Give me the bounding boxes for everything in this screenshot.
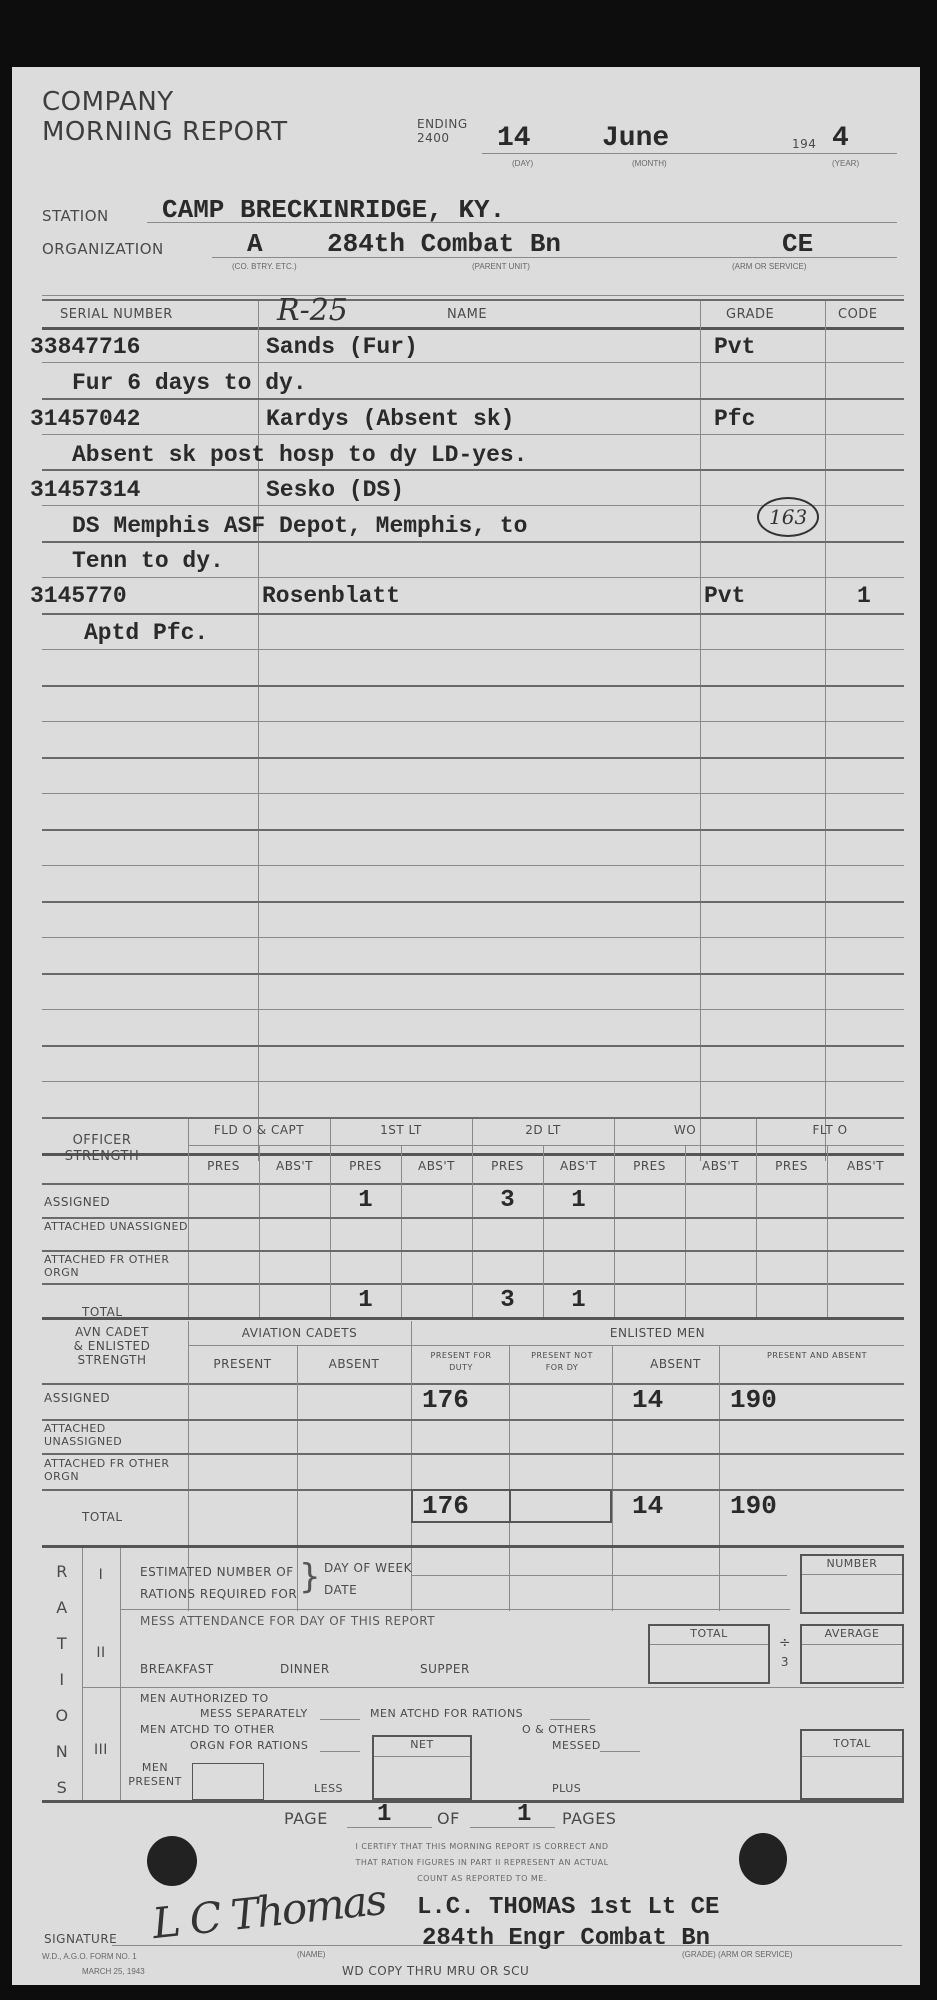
signature: L C Thomas: [150, 1875, 387, 1948]
rations-side-label: R A T I O N S: [42, 1554, 82, 1806]
row-label-assigned: ASSIGNED: [44, 1391, 110, 1405]
entry-serial: 3145770: [30, 583, 127, 609]
copy-note: WD COPY THRU MRU OR SCU: [342, 1964, 529, 1978]
enlisted-present-for-duty-total: 176: [422, 1491, 469, 1521]
officer-1st-lt-pres-total: 1: [330, 1287, 401, 1314]
part-3-numeral: III: [82, 1742, 120, 1758]
total-box-divider: [650, 1644, 768, 1645]
col-line: [472, 1283, 473, 1317]
entry-remark-continued: Tenn to dy.: [72, 548, 224, 574]
signature-label: SIGNATURE: [44, 1932, 117, 1946]
company-caption: (CO. BTRY. ETC.): [232, 262, 297, 271]
col-line: [188, 1283, 189, 1317]
entry-code: 1: [857, 583, 871, 609]
number-label: NUMBER: [800, 1557, 904, 1570]
day-of-week-field[interactable]: [412, 1575, 787, 1576]
officers-others-label: O & OTHERS: [522, 1723, 596, 1736]
rations-total-box-divider: [802, 1756, 902, 1757]
col-line: [188, 1119, 189, 1297]
row-line: [42, 649, 904, 650]
row-line: [42, 613, 904, 615]
sub-pres: PRES: [472, 1159, 543, 1173]
col-line: [685, 1283, 686, 1317]
col-line: [614, 1119, 615, 1297]
net-label: NET: [372, 1738, 472, 1751]
serial-number-header: SERIAL NUMBER: [60, 307, 173, 322]
divisor-three: 3: [770, 1655, 800, 1669]
men-present-2: PRESENT: [120, 1775, 190, 1789]
sub-abst: ABS'T: [543, 1159, 614, 1173]
enlisted-absent-assigned: 14: [632, 1385, 663, 1415]
report-day: 14: [497, 123, 531, 154]
entry-serial: 33847716: [30, 334, 140, 360]
men-present-1: MEN: [120, 1761, 190, 1775]
row-line: [42, 1250, 904, 1252]
enlisted-men-group: ENLISTED MEN: [411, 1326, 904, 1340]
entry-remark: Aptd Pfc.: [84, 620, 208, 646]
org-company: A: [247, 229, 263, 259]
sub-pres: PRES: [614, 1159, 685, 1173]
officer-2d-lt-abst-total: 1: [543, 1287, 614, 1314]
row-line: [42, 1283, 904, 1285]
row-label-attached-unassigned: ATTACHED UNASSIGNED: [44, 1220, 188, 1233]
entry-name: Sands (Fur): [266, 334, 418, 360]
group-wo: WO: [614, 1123, 756, 1137]
org-arm-service: CE: [782, 229, 813, 259]
of-label: OF: [437, 1809, 460, 1828]
serial-col-divider: [258, 301, 259, 1161]
part-1-label: ESTIMATED NUMBER OF RATIONS REQUIRED FOR: [140, 1561, 297, 1605]
label-text: ATTACHED UNASSIGNED: [44, 1220, 188, 1233]
grade-col-divider: [825, 301, 826, 1161]
entry-serial: 31457314: [30, 477, 140, 503]
part-1-text-2: RATIONS REQUIRED FOR: [140, 1583, 297, 1605]
officer-2d-lt-abst-assigned: 1: [543, 1187, 614, 1214]
page-total: 1: [517, 1801, 531, 1828]
row-line: [42, 685, 904, 687]
row-line: [42, 541, 904, 543]
page-label: PAGE: [284, 1809, 328, 1828]
enlisted-label-2: & ENLISTED: [42, 1339, 182, 1353]
row-line: [42, 1217, 904, 1219]
label-text: ATTACHED UNASSIGNED: [44, 1422, 122, 1448]
orgn-rations-field[interactable]: [320, 1751, 360, 1752]
col-line: [259, 1283, 260, 1317]
roster-top-line: [42, 295, 904, 296]
part-1-numeral: I: [82, 1567, 120, 1583]
col-line: [756, 1283, 757, 1317]
row-line: [42, 757, 904, 759]
entry-serial: 31457042: [30, 406, 140, 432]
men-authorized-label: MEN AUTHORIZED TO: [140, 1692, 269, 1705]
certify-line-2: THAT RATION FIGURES IN PART II REPRESENT…: [252, 1855, 712, 1871]
grade-caption: (GRADE) (ARM OR SERVICE): [682, 1950, 793, 1959]
row-line: [42, 398, 904, 400]
part-2-numeral: II: [82, 1645, 120, 1661]
roster-bottom-line: [42, 1153, 904, 1156]
row-line: [42, 469, 904, 471]
row-line: [42, 1117, 904, 1119]
men-present-label: MEN PRESENT: [120, 1761, 190, 1789]
org-parent-unit: 284th Combat Bn: [327, 229, 561, 259]
enlisted-group-line: [188, 1345, 904, 1346]
col-line: [612, 1345, 613, 1611]
sub-pres: PRES: [756, 1159, 827, 1173]
rations-total-label: TOTAL: [800, 1737, 904, 1750]
row-line: [42, 937, 904, 938]
group-2d-lt: 2D LT: [472, 1123, 614, 1137]
group-1st-lt: 1ST LT: [330, 1123, 472, 1137]
year-caption: (YEAR): [832, 159, 859, 168]
rations-letter: T: [42, 1626, 82, 1662]
ending-label: ENDING 2400: [417, 117, 468, 145]
officer-2d-lt-pres-total: 3: [472, 1287, 543, 1314]
less-label: LESS: [314, 1782, 343, 1795]
col-line: [509, 1489, 511, 1523]
total-label: TOTAL: [648, 1627, 770, 1640]
row-line: [42, 1419, 904, 1421]
roster-top-line-2: [42, 299, 904, 301]
messed-field[interactable]: [600, 1751, 640, 1752]
sub-abst: ABS'T: [685, 1159, 756, 1173]
station-label: STATION: [42, 207, 109, 225]
col-line: [719, 1345, 720, 1611]
mess-attendance-label: MESS ATTENDANCE FOR DAY OF THIS REPORT: [140, 1614, 435, 1628]
row-line: [42, 901, 904, 903]
enlisted-label-3: STRENGTH: [42, 1353, 182, 1367]
rations-side-divider: [82, 1548, 83, 1800]
day-of-week-label: DAY OF WEEK: [324, 1561, 412, 1575]
row-line: [42, 829, 904, 831]
roster-header-bottom: [42, 327, 904, 330]
form-date: MARCH 25, 1943: [82, 1967, 145, 1976]
row-line: [42, 434, 904, 435]
morning-report-page: COMPANY MORNING REPORT ENDING 2400 14 Ju…: [12, 67, 920, 1985]
entry-name: Rosenblatt: [262, 583, 400, 609]
certify-line-1: I CERTIFY THAT THIS MORNING REPORT IS CO…: [252, 1839, 712, 1855]
part-1-text-1: ESTIMATED NUMBER OF: [140, 1561, 297, 1583]
col-avn-absent: ABSENT: [297, 1357, 411, 1371]
page-number: 1: [377, 1801, 391, 1828]
row-line: [42, 362, 904, 363]
enlisted-strength-label: AVN CADET & ENLISTED STRENGTH: [42, 1325, 182, 1367]
messed-label: MESSED: [552, 1739, 601, 1752]
form-title: COMPANY MORNING REPORT: [42, 87, 288, 147]
grade-header: GRADE: [726, 307, 774, 322]
col-line: [401, 1145, 402, 1297]
organization-label: ORGANIZATION: [42, 240, 164, 258]
officer-1st-lt-pres-assigned: 1: [330, 1187, 401, 1214]
ending-time: 2400: [417, 131, 468, 145]
group-fld-o-capt: FLD O & CAPT: [188, 1123, 330, 1137]
col-line: [685, 1145, 686, 1297]
enlisted-absent-total: 14: [632, 1491, 663, 1521]
rations-letter: R: [42, 1554, 82, 1590]
date-label: DATE: [324, 1583, 357, 1597]
parent-caption: (PARENT UNIT): [472, 262, 530, 271]
supper-label: SUPPER: [420, 1662, 470, 1676]
group-flt-o: FLT O: [756, 1123, 904, 1137]
officer-label-1: OFFICER: [42, 1133, 162, 1149]
mess-separately-field[interactable]: [320, 1719, 360, 1720]
rations-letter: A: [42, 1590, 82, 1626]
part-2-bottom: [82, 1687, 904, 1688]
row-label-assigned: ASSIGNED: [44, 1195, 110, 1209]
entry-remark: DS Memphis ASF Depot, Memphis, to: [72, 513, 527, 539]
col-line: [330, 1283, 331, 1317]
entry-name: Sesko (DS): [266, 477, 404, 503]
row-label-attached-fr-other: ATTACHED FR OTHER ORGN: [44, 1253, 174, 1279]
rations-letter: I: [42, 1662, 82, 1698]
officer-group-line: [188, 1145, 904, 1146]
col-line: [827, 1283, 828, 1317]
col-present-not-for-dy: PRESENT NOT FOR DY: [522, 1350, 602, 1374]
sub-abst: ABS'T: [401, 1159, 472, 1173]
col-line: [543, 1145, 544, 1297]
average-box-divider: [802, 1644, 902, 1645]
day-caption: (DAY): [512, 159, 533, 168]
divide-icon: ÷: [770, 1635, 800, 1651]
aviation-cadets-group: AVIATION CADETS: [188, 1326, 411, 1340]
rations-letter: O: [42, 1698, 82, 1734]
men-atchd-other-label: MEN ATCHD TO OTHER: [140, 1723, 275, 1736]
row-line: [42, 1045, 904, 1047]
entry-remark: Absent sk post hosp to dy LD-yes.: [72, 442, 527, 468]
entry-grade: Pvt: [704, 583, 745, 609]
col-line: [827, 1145, 828, 1297]
row-label-attached-fr-other: ATTACHED FR OTHER ORGN: [44, 1457, 174, 1483]
plus-label: PLUS: [552, 1782, 581, 1795]
officer-2d-lt-pres-assigned: 3: [472, 1187, 543, 1214]
officer-header-bottom: [42, 1183, 904, 1185]
officer-unit: 284th Engr Combat Bn: [422, 1925, 710, 1952]
row-line: [42, 1009, 904, 1010]
month-caption: (MONTH): [632, 159, 667, 168]
form-number: W.D., A.G.O. FORM NO. 1: [42, 1952, 137, 1961]
certification-text: I CERTIFY THAT THIS MORNING REPORT IS CO…: [252, 1839, 712, 1887]
row-line: [42, 577, 904, 578]
col-avn-present: PRESENT: [188, 1357, 297, 1371]
orgn-for-rations-label: ORGN FOR RATIONS: [190, 1739, 308, 1752]
col-line: [756, 1119, 757, 1297]
sub-pres: PRES: [330, 1159, 401, 1173]
col-line: [614, 1283, 615, 1317]
entry-remark: Fur 6 days to dy.: [72, 370, 307, 396]
average-label: AVERAGE: [800, 1627, 904, 1640]
col-line: [401, 1283, 402, 1317]
title-line-1: COMPANY: [42, 87, 288, 117]
enlisted-total-total: 190: [730, 1491, 777, 1521]
officer-label-2: STRENGTH: [42, 1149, 162, 1165]
row-line: [42, 1081, 904, 1082]
report-month: June: [602, 123, 669, 154]
col-line: [259, 1145, 260, 1297]
col-absent: ABSENT: [622, 1357, 729, 1371]
entry-name: Kardys (Absent sk): [266, 406, 514, 432]
net-box-divider: [374, 1756, 470, 1757]
code-header: CODE: [838, 307, 878, 322]
label-text: ATTACHED FR OTHER ORGN: [44, 1457, 169, 1483]
enlisted-table-bottom: [42, 1545, 904, 1548]
year-prefix: 194: [792, 137, 816, 151]
part-1-bottom: [120, 1609, 790, 1610]
title-line-2: MORNING REPORT: [42, 117, 288, 147]
ending-text: ENDING: [417, 117, 468, 131]
officer-table-bottom: [42, 1317, 904, 1320]
pages-label: PAGES: [562, 1809, 616, 1828]
enlisted-label-1: AVN CADET: [42, 1325, 182, 1339]
handwritten-note: R-25: [277, 293, 348, 328]
row-line: [42, 973, 904, 975]
number-box-divider: [802, 1574, 902, 1575]
entry-grade: Pfc: [714, 406, 755, 432]
men-present-box[interactable]: [192, 1763, 264, 1800]
punch-hole-right: [739, 1833, 787, 1885]
enlisted-present-for-duty-assigned: 176: [422, 1385, 469, 1415]
col-present-and-absent: PRESENT AND ABSENT: [752, 1350, 882, 1362]
arm-caption: (ARM OR SERVICE): [732, 262, 807, 271]
breakfast-label: BREAKFAST: [140, 1662, 214, 1676]
row-label-attached-unassigned: ATTACHED UNASSIGNED: [44, 1422, 174, 1448]
col-line: [543, 1283, 544, 1317]
label-text: ATTACHED FR OTHER ORGN: [44, 1253, 169, 1279]
col-line: [509, 1345, 510, 1611]
entry-grade: Pvt: [714, 334, 755, 360]
report-year: 4: [832, 123, 849, 154]
punch-hole-left: [147, 1836, 197, 1886]
enlisted-total-assigned: 190: [730, 1385, 777, 1415]
brace-icon: }: [299, 1557, 321, 1597]
officer-name: L.C. THOMAS 1st Lt CE: [417, 1894, 719, 1921]
row-line: [42, 793, 904, 794]
row-line: [42, 865, 904, 866]
row-label-total: TOTAL: [82, 1510, 123, 1524]
station-value: CAMP BRECKINRIDGE, KY.: [162, 195, 505, 225]
dinner-label: DINNER: [280, 1662, 330, 1676]
rations-bottom: [42, 1800, 904, 1803]
page-total-underline: [470, 1827, 555, 1828]
name-col-divider: [700, 301, 701, 1161]
circled-annotation: 163: [757, 497, 819, 537]
officer-strength-label: OFFICER STRENGTH: [42, 1133, 162, 1165]
col-present-for-duty: PRESENT FOR DUTY: [421, 1350, 501, 1374]
men-atchd-rations-field[interactable]: [550, 1719, 590, 1720]
mess-separately-label: MESS SEPARATELY: [200, 1707, 308, 1720]
men-atchd-rations-label: MEN ATCHD FOR RATIONS: [370, 1707, 523, 1720]
name-caption: (NAME): [297, 1950, 325, 1959]
rations-letter: N: [42, 1734, 82, 1770]
sub-abst: ABS'T: [827, 1159, 904, 1173]
name-header: NAME: [447, 307, 487, 322]
row-line: [42, 721, 904, 722]
sub-abst: ABS'T: [259, 1159, 330, 1173]
sub-pres: PRES: [188, 1159, 259, 1173]
row-line: [42, 1453, 904, 1455]
